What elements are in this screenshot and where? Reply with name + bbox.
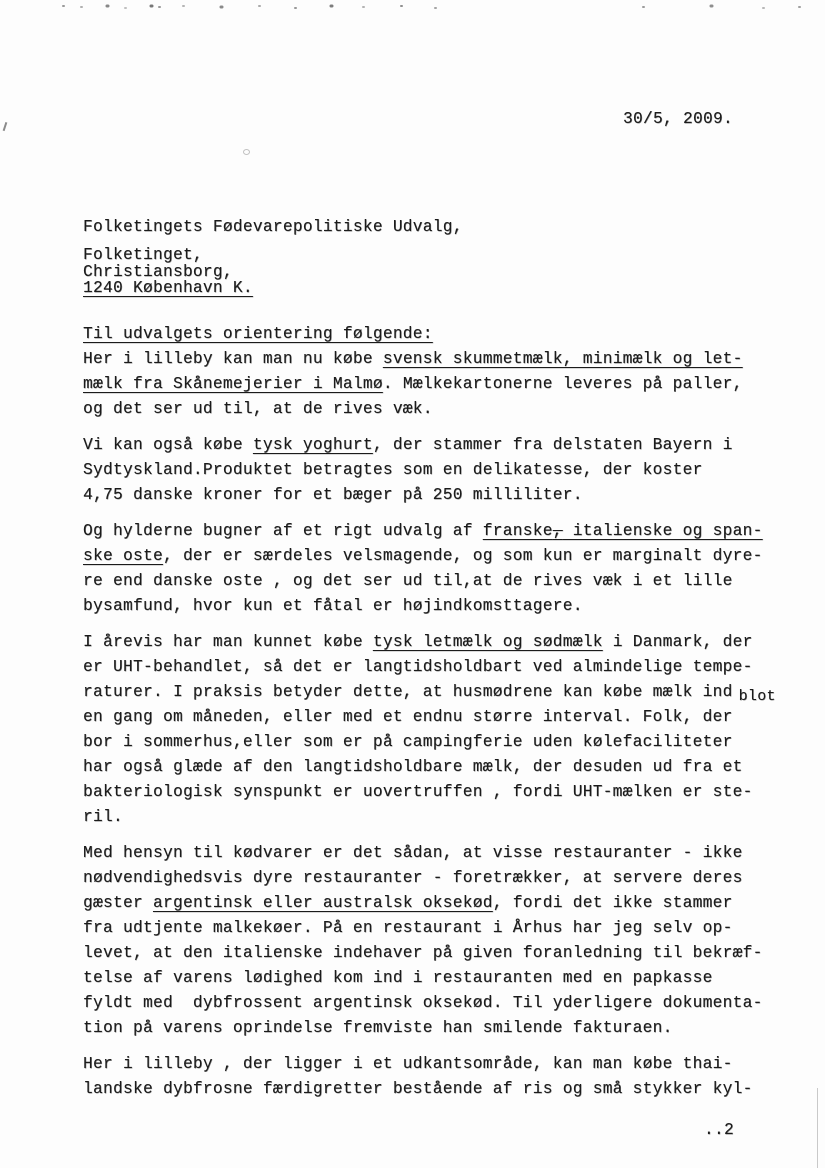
text-segment: , der er særdeles velsmagende, og som ku… [163,547,763,565]
scan-artifact [62,5,65,7]
text-segment: Med hensyn til kødvarer er det sådan, at… [83,844,743,862]
address-line-city: 1240 København K. [83,279,253,297]
text-segment: , fordi det ikke stammer [493,894,733,912]
text-segment: raturer. I praksis betyder dette, at hus… [83,683,733,701]
text-line: bor i sommerhus,eller som er på campingf… [83,730,783,755]
address-line-institution: Folketinget, [83,247,463,264]
text-line: har også glæde af den langtidsholdbare m… [83,755,783,780]
text-segment: blot [739,688,776,705]
text-segment: fra udtjente malkekøer. På en restaurant… [83,919,733,937]
text-segment: I årevis har man kunnet købe [83,633,373,651]
text-line: mælk fra Skånemejerier i Malmø. Mælkekar… [83,372,783,397]
text-line: ske oste, der er særdeles velsmagende, o… [83,544,783,569]
underlined-text: mælk fra Skånemejerier i Malmø [83,375,383,393]
text-segment: har også glæde af den langtidsholdbare m… [83,758,743,776]
text-segment: Her i lilleby , der ligger i et udkantso… [83,1055,733,1073]
text-line: Her i lilleby kan man nu købe svensk sku… [83,347,783,372]
text-line: bakteriologisk synspunkt er uovertruffen… [83,780,783,805]
scan-artifact [3,122,7,131]
text-line: er UHT-behandlet, så det er langtidshold… [83,655,783,680]
text-segment: landske dybfrosne færdigretter bestående… [83,1080,753,1098]
text-segment: 4,75 danske kroner for et bæger på 250 m… [83,486,583,504]
letter-heading: Til udvalgets orientering følgende: [83,325,433,343]
text-line: Med hensyn til kødvarer er det sådan, at… [83,841,783,866]
text-line: Her i lilleby , der ligger i et udkantso… [83,1052,783,1077]
underlined-text: svensk skummetmælk, minimælk og let- [383,350,743,368]
text-segment: Og hylderne bugner af et rigt udvalg af [83,522,483,540]
text-line: Og hylderne bugner af et rigt udvalg af … [83,519,783,544]
underlined-text: ske oste [83,547,163,565]
text-line: en gang om måneden, eller med et endnu s… [83,705,783,730]
text-line: raturer. I praksis betyder dette, at hus… [83,680,783,705]
text-line: tion på varens oprindelse fremviste han … [83,1016,783,1041]
text-segment: . Mælkekartonerne leveres på paller, [383,375,743,393]
text-segment: bysamfund, hvor kun et fåtal er højindko… [83,597,583,615]
text-segment: og det ser ud til, at de rives væk. [83,400,433,418]
text-line: 4,75 danske kroner for et bæger på 250 m… [83,483,783,508]
page-number: ..2 [704,1121,734,1139]
text-line: nødvendighedsvis dyre restauranter - for… [83,866,783,891]
paragraph: Her i lilleby , der ligger i et udkantso… [83,1052,783,1102]
underlined-text: , [553,522,563,540]
text-segment: Sydtyskland.Produktet betragtes som en d… [83,461,703,479]
text-segment: bakteriologisk synspunkt er uovertruffen… [83,783,753,801]
text-segment: bor i sommerhus,eller som er på campingf… [83,733,733,751]
text-segment: re end danske oste , og det ser ud til,a… [83,572,733,590]
text-line: levet, at den italienske indehaver på gi… [83,941,783,966]
text-segment: nødvendighedsvis dyre restauranter - for… [83,869,743,887]
text-segment: fyldt med dybfrossent argentinsk oksekød… [83,994,763,1012]
text-segment: en gang om måneden, eller med et endnu s… [83,708,733,726]
text-segment: , der stammer fra delstaten Bayern i [373,436,733,454]
recipient-address: Folketingets Fødevarepolitiske Udvalg, F… [83,219,463,297]
text-segment: tion på varens oprindelse fremviste han … [83,1019,673,1037]
text-line: bysamfund, hvor kun et fåtal er højindko… [83,594,783,619]
text-line: og det ser ud til, at de rives væk. [83,397,783,422]
text-segment: er UHT-behandlet, så det er langtidshold… [83,658,753,676]
text-line: ril. [83,805,783,830]
paragraph: I årevis har man kunnet købe tysk letmæl… [83,630,783,830]
text-line: fra udtjente malkekøer. På en restaurant… [83,916,783,941]
text-segment: telse af varens lødighed kom ind i resta… [83,969,713,987]
text-line: fyldt med dybfrossent argentinsk oksekød… [83,991,783,1016]
text-segment: ril. [83,808,123,826]
text-line: telse af varens lødighed kom ind i resta… [83,966,783,991]
underlined-text: franske [483,522,553,540]
text-line: landske dybfrosne færdigretter bestående… [83,1077,783,1102]
underlined-text: italienske og span- [563,522,763,540]
text-line: Vi kan også købe tysk yoghurt, der stamm… [83,433,783,458]
text-line: I årevis har man kunnet købe tysk letmæl… [83,630,783,655]
underlined-text: argentinsk eller australsk oksekød [153,894,493,912]
paragraph: Og hylderne bugner af et rigt udvalg af … [83,519,783,619]
scan-artifact [817,1088,818,1168]
paragraph: Med hensyn til kødvarer er det sådan, at… [83,841,783,1041]
text-segment: Vi kan også købe [83,436,253,454]
scanned-letter-page: 30/5, 2009. Folketingets Fødevarepolitis… [0,0,825,1168]
underlined-text: tysk letmælk og sødmælk [373,633,603,651]
text-segment: levet, at den italienske indehaver på gi… [83,944,763,962]
address-line-building: Christiansborg, [83,264,463,281]
text-line: Sydtyskland.Produktet betragtes som en d… [83,458,783,483]
paragraph: Her i lilleby kan man nu købe svensk sku… [83,347,783,422]
letter-body: Til udvalgets orientering følgende: Her … [83,322,783,1102]
underlined-text: tysk yoghurt [253,436,373,454]
scan-artifact [243,149,250,155]
paragraph: Vi kan også købe tysk yoghurt, der stamm… [83,433,783,508]
text-line: re end danske oste , og det ser ud til,a… [83,569,783,594]
text-segment: Her i lilleby kan man nu købe [83,350,383,368]
paragraphs-container: Her i lilleby kan man nu købe svensk sku… [83,347,783,1102]
address-line-committee: Folketingets Fødevarepolitiske Udvalg, [83,219,463,236]
text-segment: i Danmark, der [603,633,753,651]
text-line: gæster argentinsk eller australsk oksekø… [83,891,783,916]
letter-date: 30/5, 2009. [623,110,733,128]
text-segment: gæster [83,894,153,912]
